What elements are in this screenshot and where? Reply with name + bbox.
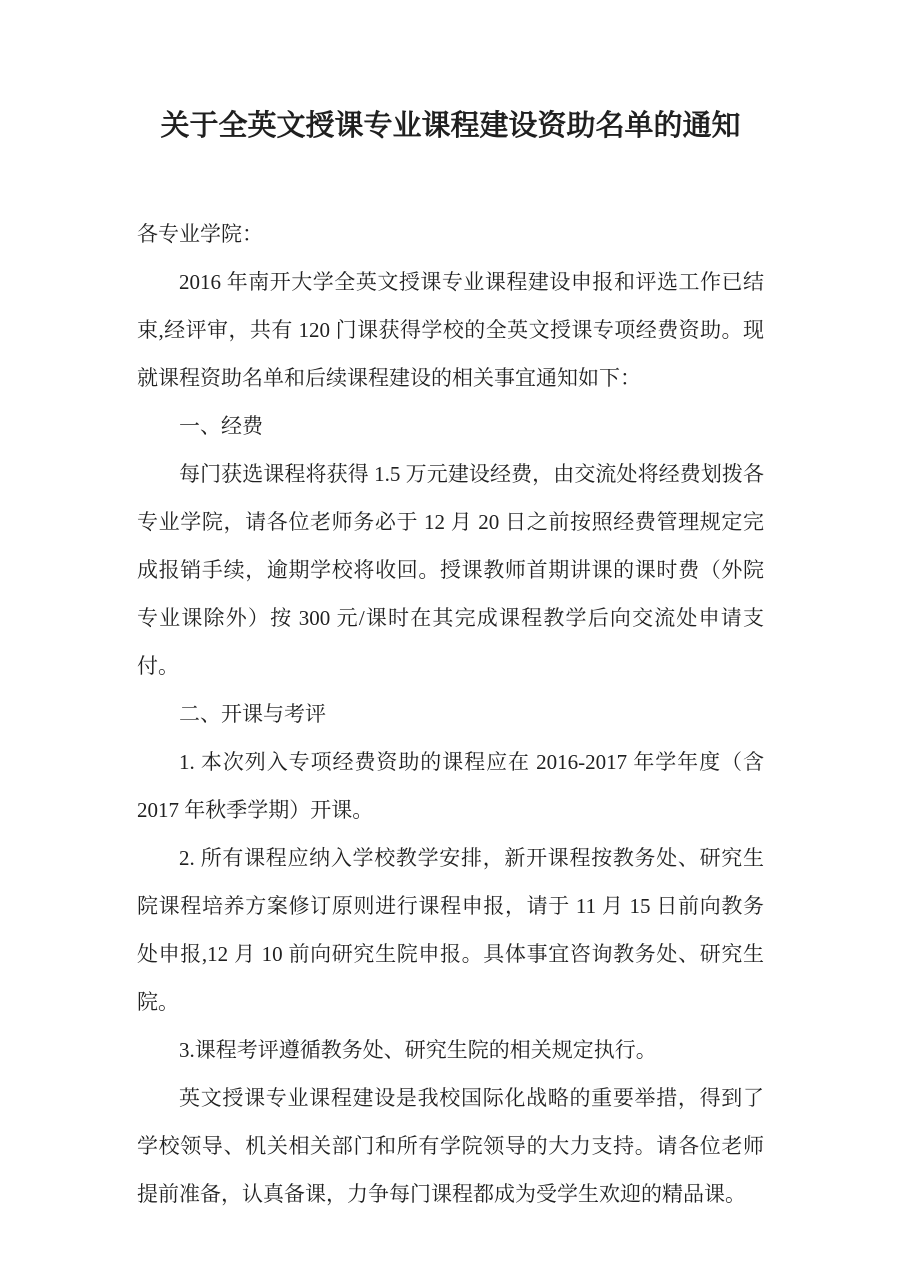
paragraph-intro: 2016 年南开大学全英文授课专业课程建设申报和评选工作已结束,经评审，共有 1… (137, 258, 764, 402)
paragraph-closing: 英文授课专业课程建设是我校国际化战略的重要举措，得到了学校领导、机关相关部门和所… (137, 1074, 764, 1218)
salutation: 各专业学院： (137, 210, 764, 258)
section-heading-courses-evaluation: 二、开课与考评 (137, 690, 764, 738)
document-content: 关于全英文授课专业课程建设资助名单的通知 各专业学院： 2016 年南开大学全英… (137, 0, 764, 1218)
paragraph-item-2: 2. 所有课程应纳入学校教学安排，新开课程按教务处、研究生院课程培养方案修订原则… (137, 834, 764, 1026)
section-heading-funding: 一、经费 (137, 402, 764, 450)
paragraph-item-3: 3.课程考评遵循教务处、研究生院的相关规定执行。 (137, 1026, 764, 1074)
paragraph-item-1: 1. 本次列入专项经费资助的课程应在 2016-2017 年学年度（含 2017… (137, 738, 764, 834)
document-title: 关于全英文授课专业课程建设资助名单的通知 (137, 100, 764, 152)
paragraph-funding-details: 每门获选课程将获得 1.5 万元建设经费，由交流处将经费划拨各专业学院，请各位老… (137, 450, 764, 690)
notice-document-page: 关于全英文授课专业课程建设资助名单的通知 各专业学院： 2016 年南开大学全英… (0, 0, 900, 1272)
